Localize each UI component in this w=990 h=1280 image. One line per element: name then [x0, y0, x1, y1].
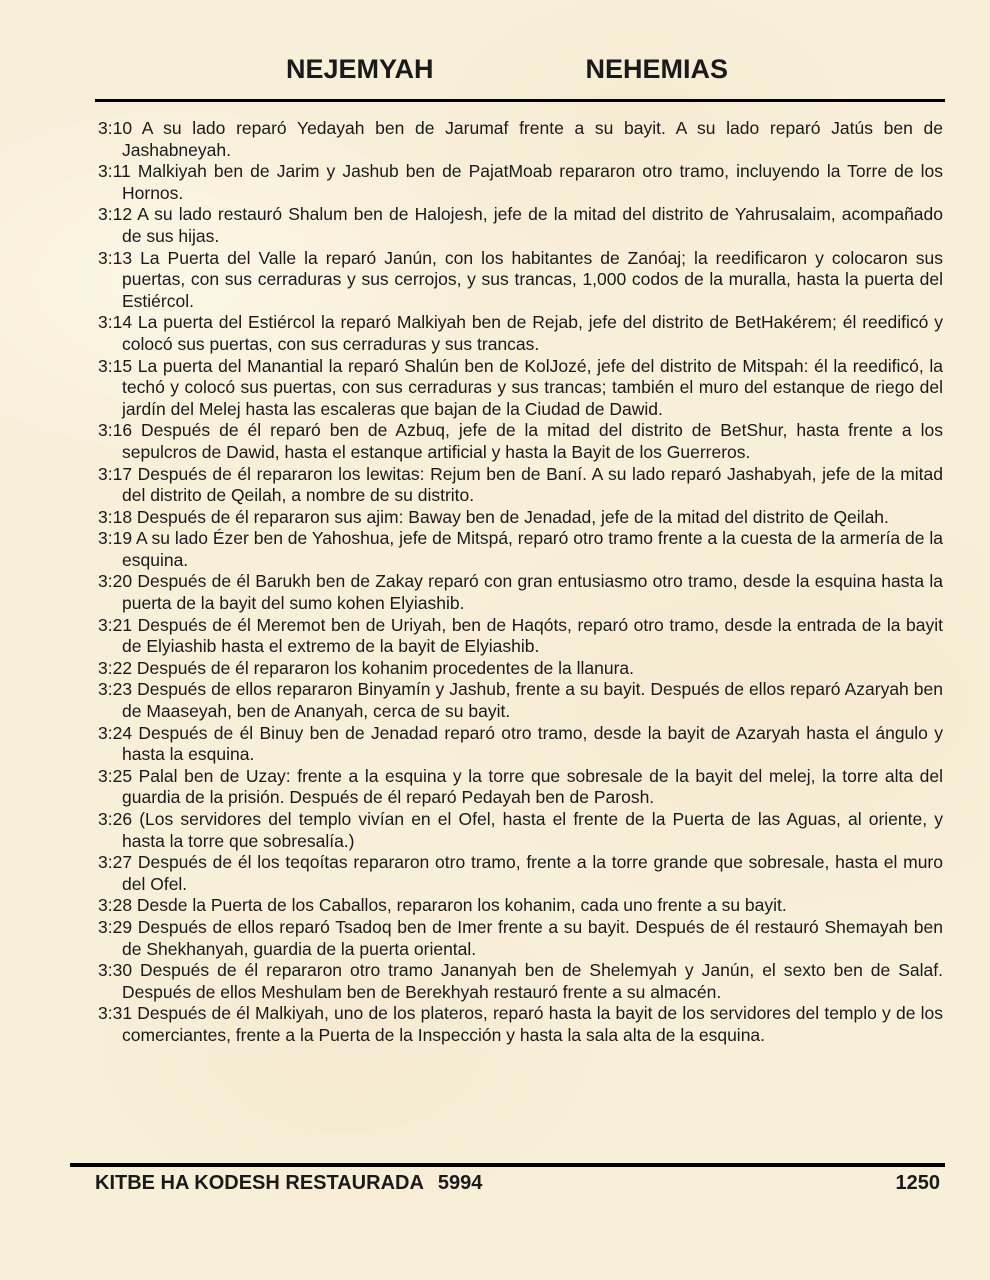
verse-3-16: 3:16 Después de él reparó ben de Azbuq, …: [98, 420, 943, 463]
verse-3-19: 3:19 A su lado Ézer ben de Yahoshua, jef…: [98, 528, 943, 571]
footer-page-number: 1250: [896, 1172, 941, 1195]
verse-3-31: 3:31 Después de él Malkiyah, uno de los …: [98, 1003, 943, 1046]
verse-3-24: 3:24 Después de él Binuy ben de Jenadad …: [98, 723, 943, 766]
verse-3-20: 3:20 Después de él Barukh ben de Zakay r…: [98, 571, 943, 614]
verse-3-15: 3:15 La puerta del Manantial la reparó S…: [98, 356, 943, 421]
verse-3-22: 3:22 Después de él repararon los kohanim…: [98, 658, 943, 680]
verse-3-29: 3:29 Después de ellos reparó Tsadoq ben …: [98, 917, 943, 960]
footer-book-info: KITBE HA KODESH RESTAURADA 5994: [95, 1172, 482, 1195]
verse-3-21: 3:21 Después de él Meremot ben de Uriyah…: [98, 615, 943, 658]
verse-3-14: 3:14 La puerta del Estiércol la reparó M…: [98, 312, 943, 355]
verse-list: 3:10 A su lado reparó Yedayah ben de Jar…: [98, 118, 943, 1047]
scripture-page: NEJEMYAH NEHEMIAS 3:10 A su lado reparó …: [0, 0, 990, 1280]
verse-3-27: 3:27 Después de él los teqoítas repararo…: [98, 852, 943, 895]
verse-3-25: 3:25 Palal ben de Uzay: frente a la esqu…: [98, 766, 943, 809]
verse-3-10: 3:10 A su lado reparó Yedayah ben de Jar…: [98, 118, 943, 161]
verse-3-13: 3:13 La Puerta del Valle la reparó Janún…: [98, 248, 943, 313]
verse-3-28: 3:28 Desde la Puerta de los Caballos, re…: [98, 895, 943, 917]
verse-3-26: 3:26 (Los servidores del templo vivían e…: [98, 809, 943, 852]
verse-3-23: 3:23 Después de ellos repararon Binyamín…: [98, 679, 943, 722]
verse-3-17: 3:17 Después de él repararon los lewitas…: [98, 464, 943, 507]
verse-3-18: 3:18 Después de él repararon sus ajim: B…: [98, 507, 943, 529]
footer-book-label: KITBE HA KODESH RESTAURADA: [95, 1172, 424, 1195]
footer-rule: [70, 1163, 945, 1167]
verse-3-30: 3:30 Después de él repararon otro tramo …: [98, 960, 943, 1003]
page-header: NEJEMYAH NEHEMIAS: [12, 54, 990, 85]
header-title-right: NEHEMIAS: [586, 54, 729, 85]
header-title-left: NEJEMYAH: [286, 54, 434, 85]
page-footer: KITBE HA KODESH RESTAURADA 5994 1250: [95, 1172, 940, 1195]
verse-3-12: 3:12 A su lado restauró Shalum ben de Ha…: [98, 204, 943, 247]
header-rule: [95, 99, 945, 102]
footer-year: 5994: [438, 1172, 483, 1195]
verse-3-11: 3:11 Malkiyah ben de Jarim y Jashub ben …: [98, 161, 943, 204]
